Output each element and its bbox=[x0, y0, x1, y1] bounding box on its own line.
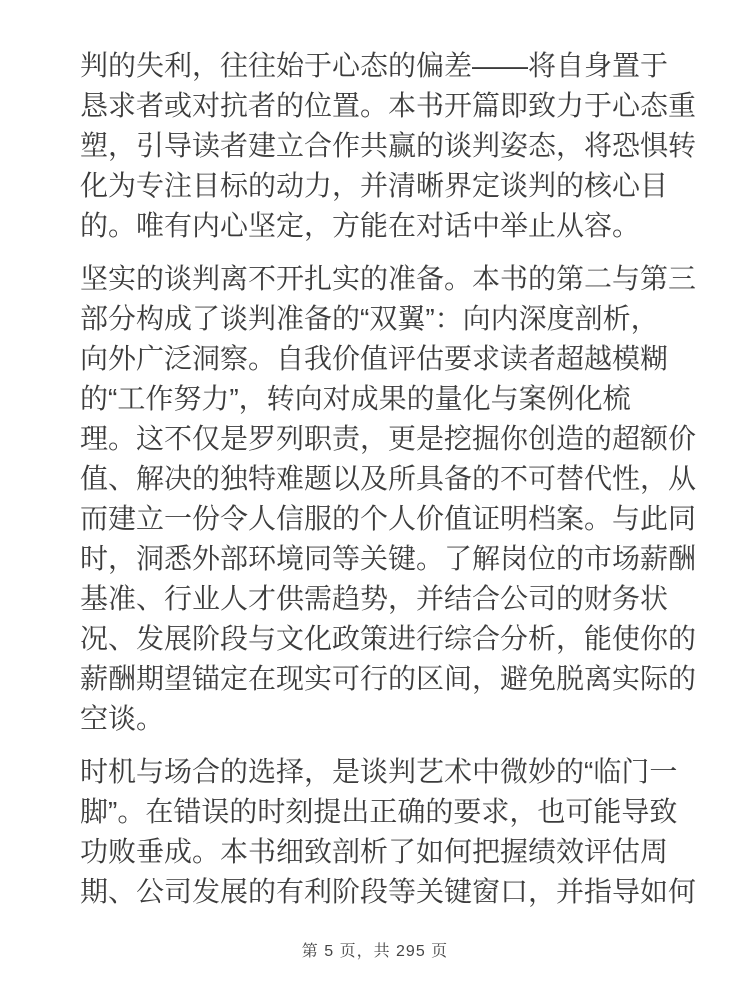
text-line: 基准、行业人才供需趋势，并结合公司的财务状 bbox=[80, 579, 750, 619]
page-text: 判的失利，往往始于心态的偏差——将自身置于恳求者或对抗者的位置。本书开篇即致力于… bbox=[80, 46, 750, 925]
text-line: 向外广泛洞察。自我价值评估要求读者超越模糊 bbox=[80, 339, 750, 379]
text-line: 期、公司发展的有利阶段等关键窗口，并指导如何 bbox=[80, 872, 750, 912]
text-line: 理。这不仅是罗列职责，更是挖掘你创造的超额价 bbox=[80, 419, 750, 459]
text-line: 部分构成了谈判准备的“双翼”：向内深度剖析， bbox=[80, 299, 750, 339]
paragraph: 时机与场合的选择，是谈判艺术中微妙的“临门一脚”。在错误的时刻提出正确的要求，也… bbox=[80, 752, 750, 912]
text-line: 值、解决的独特难题以及所具备的不可替代性，从 bbox=[80, 459, 750, 499]
text-line: 而建立一份令人信服的个人价值证明档案。与此同 bbox=[80, 499, 750, 539]
text-line: 功败垂成。本书细致剖析了如何把握绩效评估周 bbox=[80, 832, 750, 872]
paragraph: 判的失利，往往始于心态的偏差——将自身置于恳求者或对抗者的位置。本书开篇即致力于… bbox=[80, 46, 750, 246]
ebook-reader-page[interactable]: 判的失利，往往始于心态的偏差——将自身置于恳求者或对抗者的位置。本书开篇即致力于… bbox=[0, 0, 750, 1000]
text-line: 时机与场合的选择，是谈判艺术中微妙的“临门一 bbox=[80, 752, 750, 792]
text-line: 时，洞悉外部环境同等关键。了解岗位的市场薪酬 bbox=[80, 539, 750, 579]
text-line: 况、发展阶段与文化政策进行综合分析，能使你的 bbox=[80, 619, 750, 659]
text-line: 化为专注目标的动力，并清晰界定谈判的核心目 bbox=[80, 166, 750, 206]
text-line: 的“工作努力”，转向对成果的量化与案例化梳 bbox=[80, 379, 750, 419]
text-line: 塑，引导读者建立合作共赢的谈判姿态，将恐惧转 bbox=[80, 126, 750, 166]
text-line: 的。唯有内心坚定，方能在对话中举止从容。 bbox=[80, 206, 750, 246]
page-number-indicator: 第 5 页，共 295 页 bbox=[0, 941, 750, 963]
text-line: 坚实的谈判离不开扎实的准备。本书的第二与第三 bbox=[80, 259, 750, 299]
text-line: 判的失利，往往始于心态的偏差——将自身置于 bbox=[80, 46, 750, 86]
text-line: 空谈。 bbox=[80, 699, 750, 739]
text-line: 恳求者或对抗者的位置。本书开篇即致力于心态重 bbox=[80, 86, 750, 126]
paragraph: 坚实的谈判离不开扎实的准备。本书的第二与第三部分构成了谈判准备的“双翼”：向内深… bbox=[80, 259, 750, 739]
text-line: 薪酬期望锚定在现实可行的区间，避免脱离实际的 bbox=[80, 659, 750, 699]
text-line: 脚”。在错误的时刻提出正确的要求，也可能导致 bbox=[80, 792, 750, 832]
